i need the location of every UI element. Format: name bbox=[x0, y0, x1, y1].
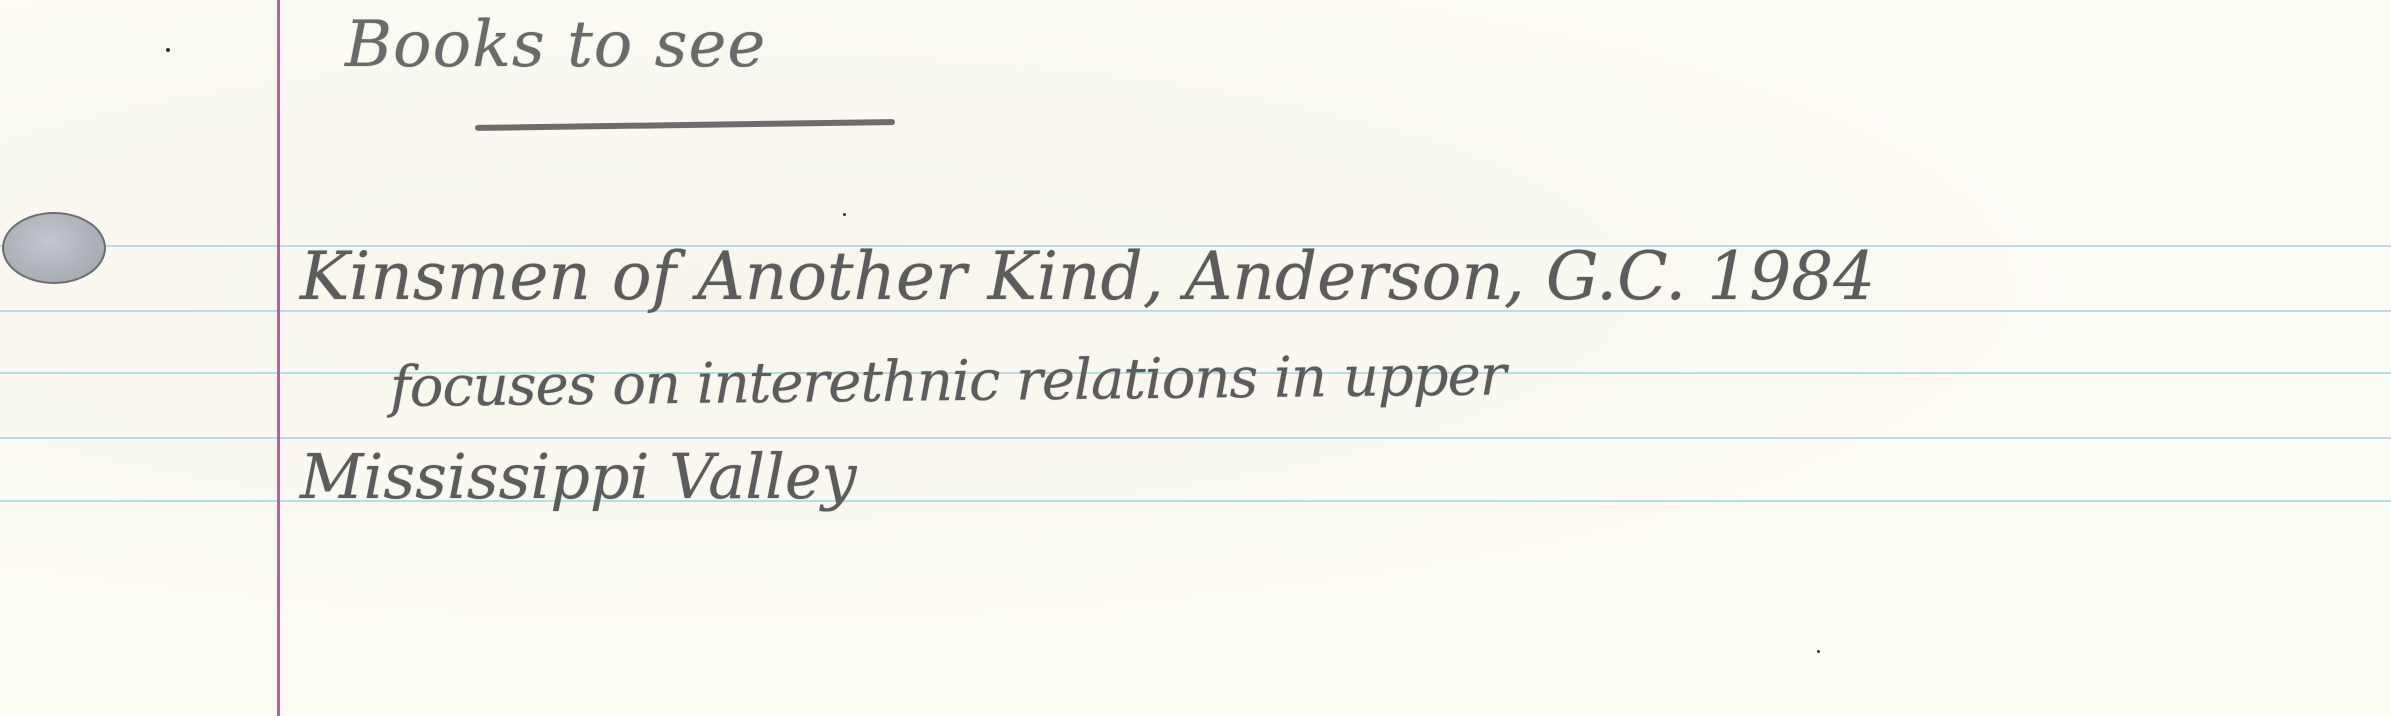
paper-speck bbox=[166, 48, 170, 52]
ruled-line bbox=[0, 437, 2391, 439]
margin-line bbox=[277, 0, 280, 716]
book-note-line-2: Mississippi Valley bbox=[300, 440, 857, 513]
card-title: Books to see bbox=[345, 8, 766, 82]
title-underline bbox=[475, 119, 895, 131]
book-citation: Kinsmen of Another Kind, Anderson, G.C. … bbox=[300, 238, 1875, 315]
paper-speck bbox=[1817, 650, 1820, 653]
punch-hole bbox=[2, 212, 106, 284]
book-note-line-1: focuses on interethnic relations in uppe… bbox=[390, 343, 1506, 420]
paper-speck bbox=[843, 213, 846, 216]
note-card: Books to see Kinsmen of Another Kind, An… bbox=[0, 0, 2391, 716]
